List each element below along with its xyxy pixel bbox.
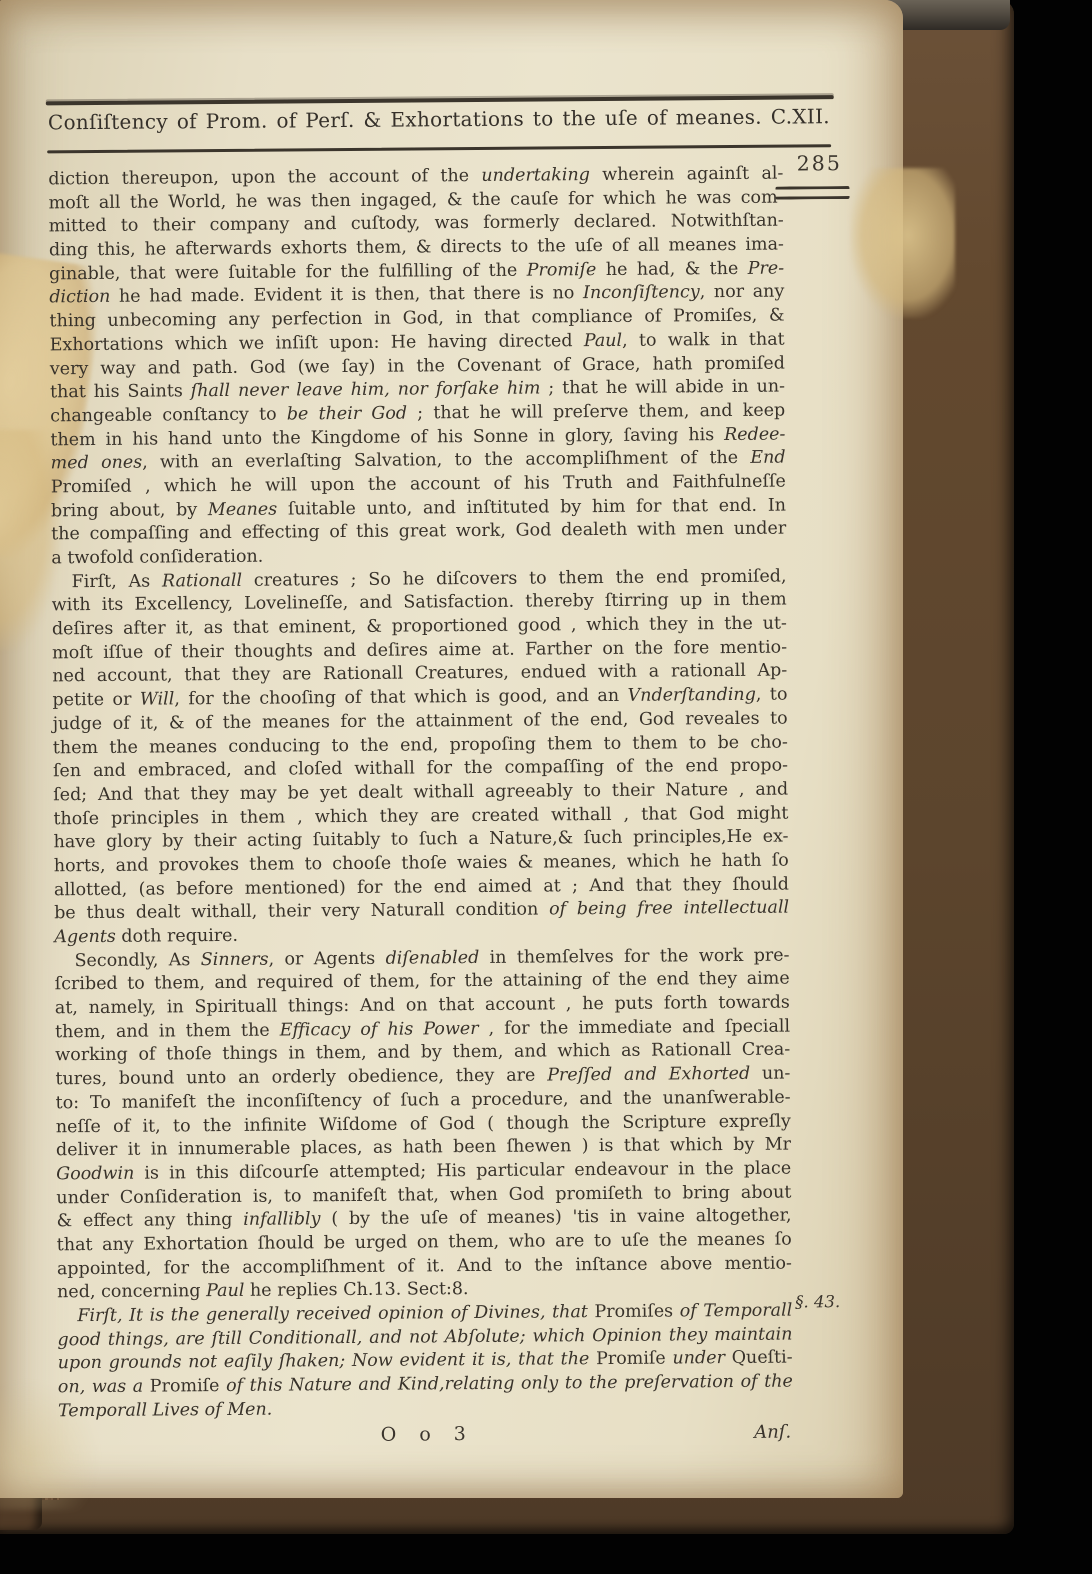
page-number: 285 (786, 151, 852, 176)
text-line: Temporall Lives of Men. (58, 1394, 793, 1423)
book-scan-photo: Conſiſtency of Prom. of Perſ. & Exhortat… (0, 0, 1092, 1574)
header-rule-top (46, 95, 834, 105)
signature-mark: O o 3 (58, 1421, 793, 1449)
footer-line: O o 3 Anſ. (58, 1421, 793, 1455)
running-title: Conſiſtency of Prom. of Perſ. & Exhortat… (48, 104, 830, 142)
printed-content: Conſiſtency of Prom. of Perſ. & Exhortat… (0, 0, 914, 1499)
page-scan: Conſiſtency of Prom. of Perſ. & Exhortat… (0, 0, 903, 1498)
header-rule-bottom (47, 144, 831, 153)
body-text: diction thereupon, upon the account of t… (48, 163, 793, 1424)
catchword: Anſ. (754, 1422, 791, 1443)
page-number-rule (775, 186, 849, 200)
margin-section-note: §. 43. (795, 1292, 840, 1311)
